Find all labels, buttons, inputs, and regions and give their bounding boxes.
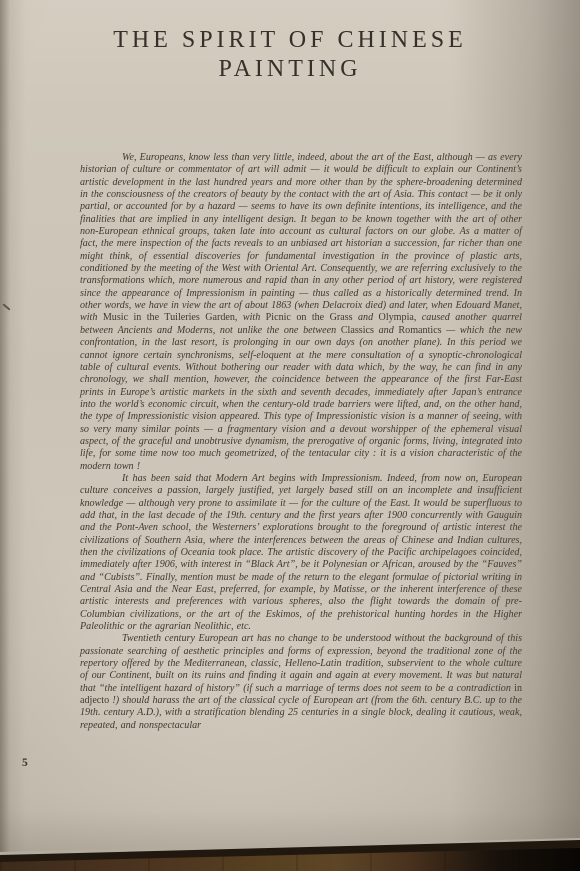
paragraph: We, Europeans, know less than very littl… xyxy=(80,152,522,473)
paragraph: It has been said that Modern Art begins … xyxy=(80,473,522,633)
page-title: THE SPIRIT OF CHINESE PAINTING xyxy=(0,26,580,84)
roman-title-text: Music in the Tuileries Garden, xyxy=(103,312,238,323)
book-page-photo: THE SPIRIT OF CHINESE PAINTING We, Europ… xyxy=(0,0,580,871)
page-number: 5 xyxy=(22,757,28,769)
roman-title-text: Classics xyxy=(341,325,374,336)
body-text: We, Europeans, know less than very littl… xyxy=(80,152,522,732)
body-text-segment: and xyxy=(374,325,399,336)
paragraph: Twentieth century European art has no ch… xyxy=(80,633,522,732)
body-text-segment: It has been said that Modern Art begins … xyxy=(80,473,522,632)
body-text-segment: and xyxy=(353,312,379,323)
body-text-segment: with xyxy=(237,312,265,323)
roman-title-text: Picnic on the Grass xyxy=(266,312,353,323)
body-text-segment: !) should harass the art of the classica… xyxy=(80,695,522,731)
photo-artifact xyxy=(2,303,10,310)
title-line-1: THE SPIRIT OF CHINESE xyxy=(0,26,580,55)
title-line-2: PAINTING xyxy=(0,55,580,84)
roman-title-text: Romantics xyxy=(398,325,441,336)
body-text-segment: Twentieth century European art has no ch… xyxy=(80,633,522,693)
body-text-segment: We, Europeans, know less than very littl… xyxy=(80,152,522,323)
roman-title-text: Olympia, xyxy=(379,312,417,323)
body-text-segment: — which the new confrontation, in the la… xyxy=(80,325,522,472)
book-page: THE SPIRIT OF CHINESE PAINTING We, Europ… xyxy=(0,0,580,871)
